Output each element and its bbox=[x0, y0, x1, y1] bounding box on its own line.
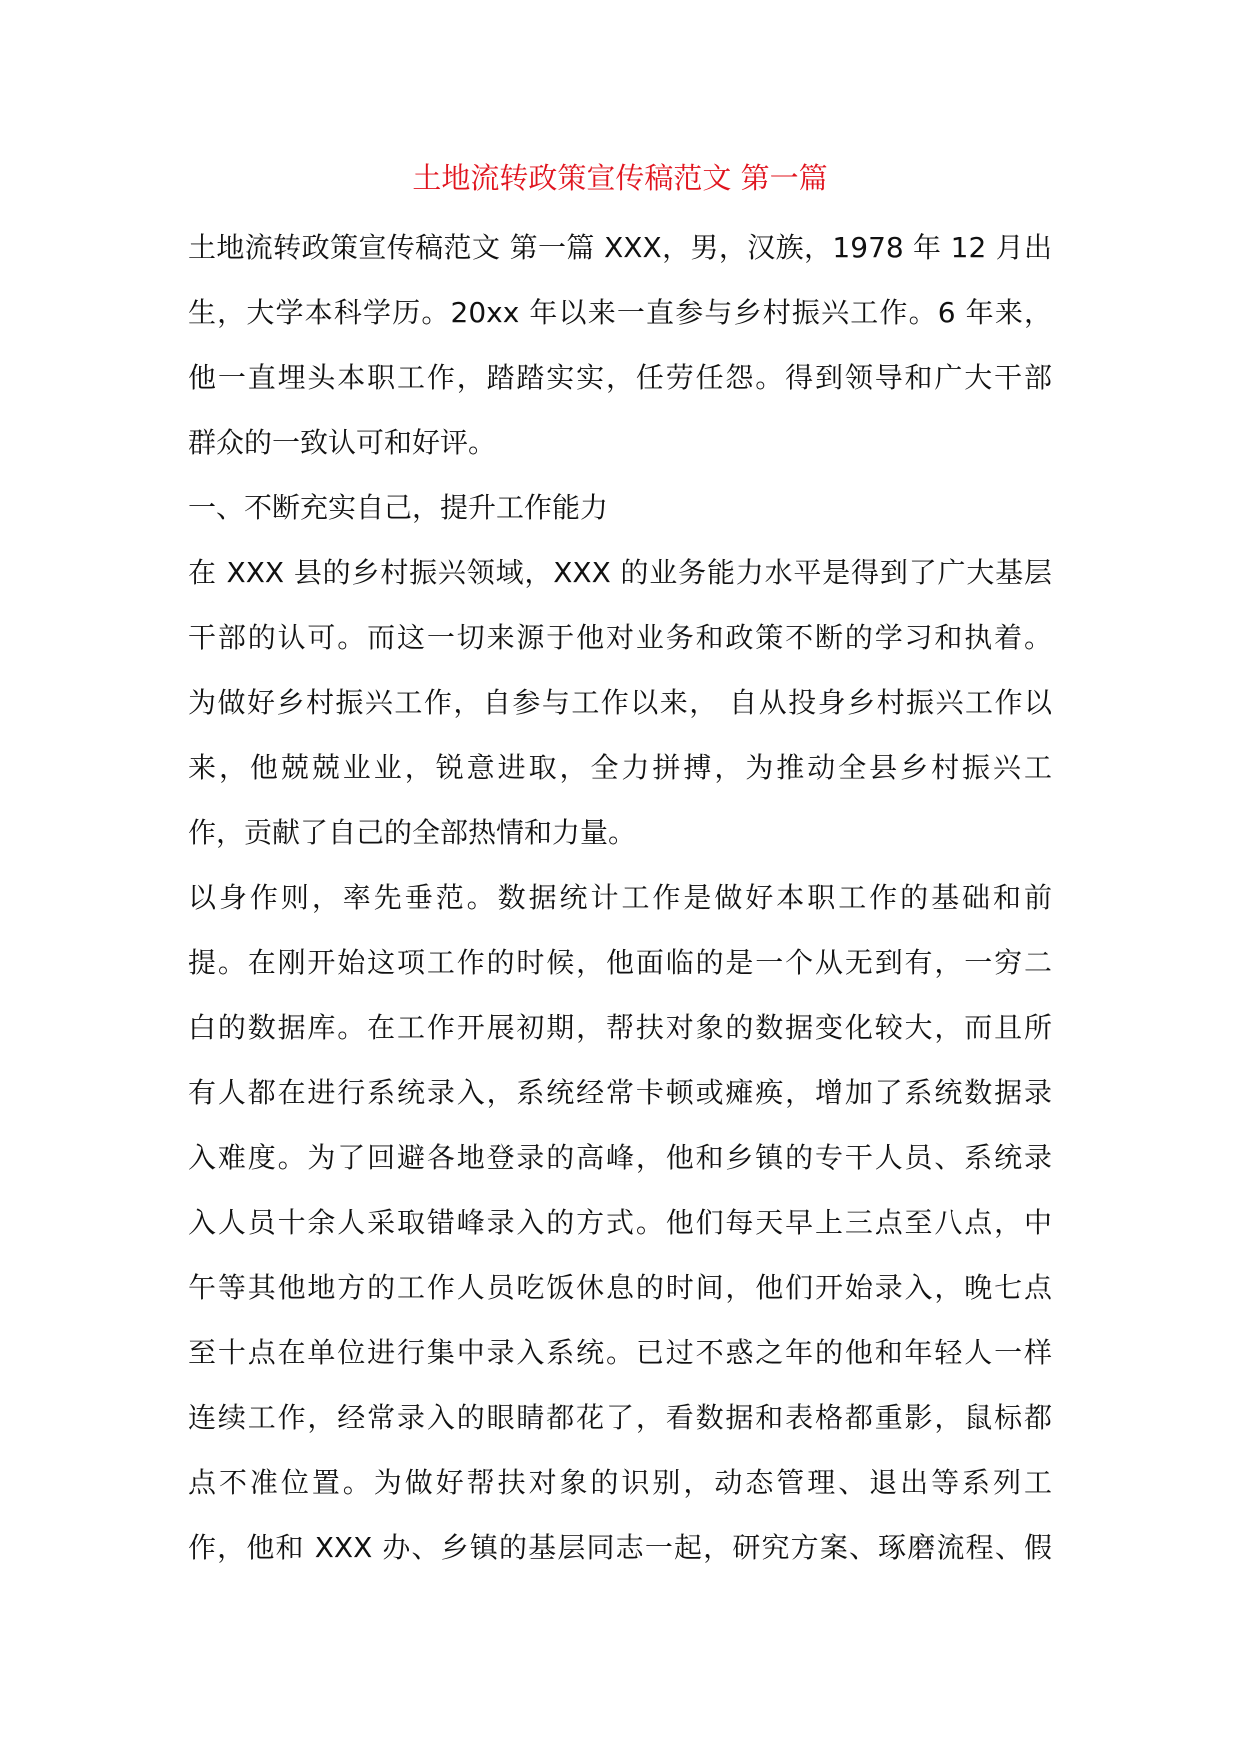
text-line: 干部的认可。而这一切来源于他对业务和政策不断的学习和执着。 bbox=[188, 612, 1052, 677]
text-line: 入人员十余人采取错峰录入的方式。他们每天早上三点至八点，中 bbox=[188, 1197, 1052, 1262]
text-line: 提。在刚开始这项工作的时候，他面临的是一个从无到有，一穷二 bbox=[188, 937, 1052, 1002]
text-line: 他一直埋头本职工作，踏踏实实，任劳任怨。得到领导和广大干部 bbox=[188, 352, 1052, 417]
text-line: 午等其他地方的工作人员吃饭休息的时间，他们开始录入，晚七点 bbox=[188, 1262, 1052, 1327]
text-line: 作，他和 XXX 办、乡镇的基层同志一起，研究方案、琢磨流程、假 bbox=[188, 1522, 1052, 1587]
text-line: 来，他兢兢业业，锐意进取，全力拼搏，为推动全县乡村振兴工 bbox=[188, 742, 1052, 807]
section-heading: 一、不断充实自己，提升工作能力 bbox=[188, 482, 1052, 547]
document-title: 土地流转政策宣传稿范文 第一篇 bbox=[0, 158, 1240, 198]
text-line: 点不准位置。为做好帮扶对象的识别，动态管理、退出等系列工 bbox=[188, 1457, 1052, 1522]
text-line: 至十点在单位进行集中录入系统。已过不惑之年的他和年轻人一样 bbox=[188, 1327, 1052, 1392]
text-line: 有人都在进行系统录入，系统经常卡顿或瘫痪，增加了系统数据录 bbox=[188, 1067, 1052, 1132]
text-line: 在 XXX 县的乡村振兴领域，XXX 的业务能力水平是得到了广大基层 bbox=[188, 547, 1052, 612]
text-line: 作，贡献了自己的全部热情和力量。 bbox=[188, 807, 1052, 872]
text-line: 土地流转政策宣传稿范文 第一篇 XXX，男，汉族，1978 年 12 月出 bbox=[188, 222, 1052, 287]
text-line: 群众的一致认可和好评。 bbox=[188, 417, 1052, 482]
document-body: 土地流转政策宣传稿范文 第一篇 XXX，男，汉族，1978 年 12 月出 生，… bbox=[188, 222, 1052, 1587]
text-line: 以身作则，率先垂范。数据统计工作是做好本职工作的基础和前 bbox=[188, 872, 1052, 937]
text-line: 为做好乡村振兴工作，自参与工作以来， 自从投身乡村振兴工作以 bbox=[188, 677, 1052, 742]
document-page: 土地流转政策宣传稿范文 第一篇 土地流转政策宣传稿范文 第一篇 XXX，男，汉族… bbox=[0, 0, 1240, 1753]
text-line: 连续工作，经常录入的眼睛都花了，看数据和表格都重影，鼠标都 bbox=[188, 1392, 1052, 1457]
text-line: 生，大学本科学历。20xx 年以来一直参与乡村振兴工作。6 年来， bbox=[188, 287, 1052, 352]
text-line: 白的数据库。在工作开展初期，帮扶对象的数据变化较大，而且所 bbox=[188, 1002, 1052, 1067]
text-line: 入难度。为了回避各地登录的高峰，他和乡镇的专干人员、系统录 bbox=[188, 1132, 1052, 1197]
